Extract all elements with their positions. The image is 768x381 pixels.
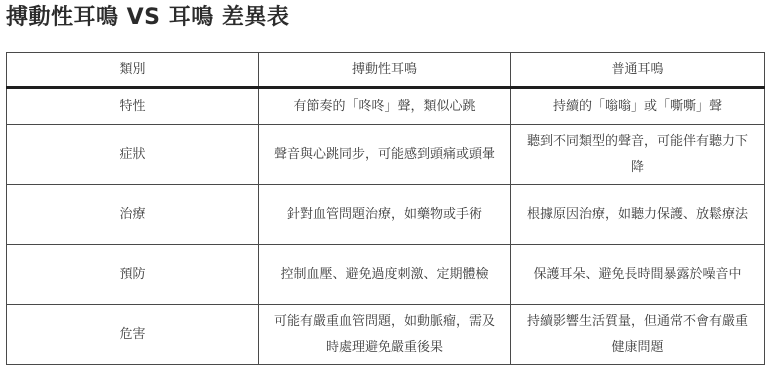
row-regular: 根據原因治療，如聽力保護、放鬆療法 xyxy=(511,185,765,245)
row-category: 症狀 xyxy=(7,125,259,185)
table-header-row: 類別 搏動性耳鳴 普通耳鳴 xyxy=(7,53,765,88)
row-regular: 聽到不同類型的聲音，可能伴有聽力下降 xyxy=(511,125,765,185)
header-category: 類別 xyxy=(7,53,259,88)
table-row: 症狀 聲音與心跳同步，可能感到頭痛或頭暈 聽到不同類型的聲音，可能伴有聽力下降 xyxy=(7,125,765,185)
row-regular: 持續的「嗡嗡」或「嘶嘶」聲 xyxy=(511,88,765,125)
row-category: 治療 xyxy=(7,185,259,245)
row-category: 危害 xyxy=(7,305,259,365)
row-pulsatile: 控制血壓、避免過度刺激、定期體檢 xyxy=(259,245,511,305)
row-category: 特性 xyxy=(7,88,259,125)
comparison-table: 類別 搏動性耳鳴 普通耳鳴 特性 有節奏的「咚咚」聲，類似心跳 持續的「嗡嗡」或… xyxy=(6,52,765,365)
table-row: 特性 有節奏的「咚咚」聲，類似心跳 持續的「嗡嗡」或「嘶嘶」聲 xyxy=(7,88,765,125)
table-row: 治療 針對血管問題治療，如藥物或手術 根據原因治療，如聽力保護、放鬆療法 xyxy=(7,185,765,245)
table-row: 預防 控制血壓、避免過度刺激、定期體檢 保護耳朵、避免長時間暴露於噪音中 xyxy=(7,245,765,305)
table-row: 危害 可能有嚴重血管問題，如動脈瘤，需及時處理避免嚴重後果 持續影響生活質量，但… xyxy=(7,305,765,365)
row-pulsatile: 針對血管問題治療，如藥物或手術 xyxy=(259,185,511,245)
header-regular-tinnitus: 普通耳鳴 xyxy=(511,53,765,88)
row-pulsatile: 有節奏的「咚咚」聲，類似心跳 xyxy=(259,88,511,125)
page-title: 搏動性耳鳴 VS 耳鳴 差異表 xyxy=(6,4,289,32)
row-category: 預防 xyxy=(7,245,259,305)
row-regular: 持續影響生活質量，但通常不會有嚴重健康問題 xyxy=(511,305,765,365)
row-pulsatile: 聲音與心跳同步，可能感到頭痛或頭暈 xyxy=(259,125,511,185)
row-pulsatile: 可能有嚴重血管問題，如動脈瘤，需及時處理避免嚴重後果 xyxy=(259,305,511,365)
row-regular: 保護耳朵、避免長時間暴露於噪音中 xyxy=(511,245,765,305)
header-pulsatile-tinnitus: 搏動性耳鳴 xyxy=(259,53,511,88)
